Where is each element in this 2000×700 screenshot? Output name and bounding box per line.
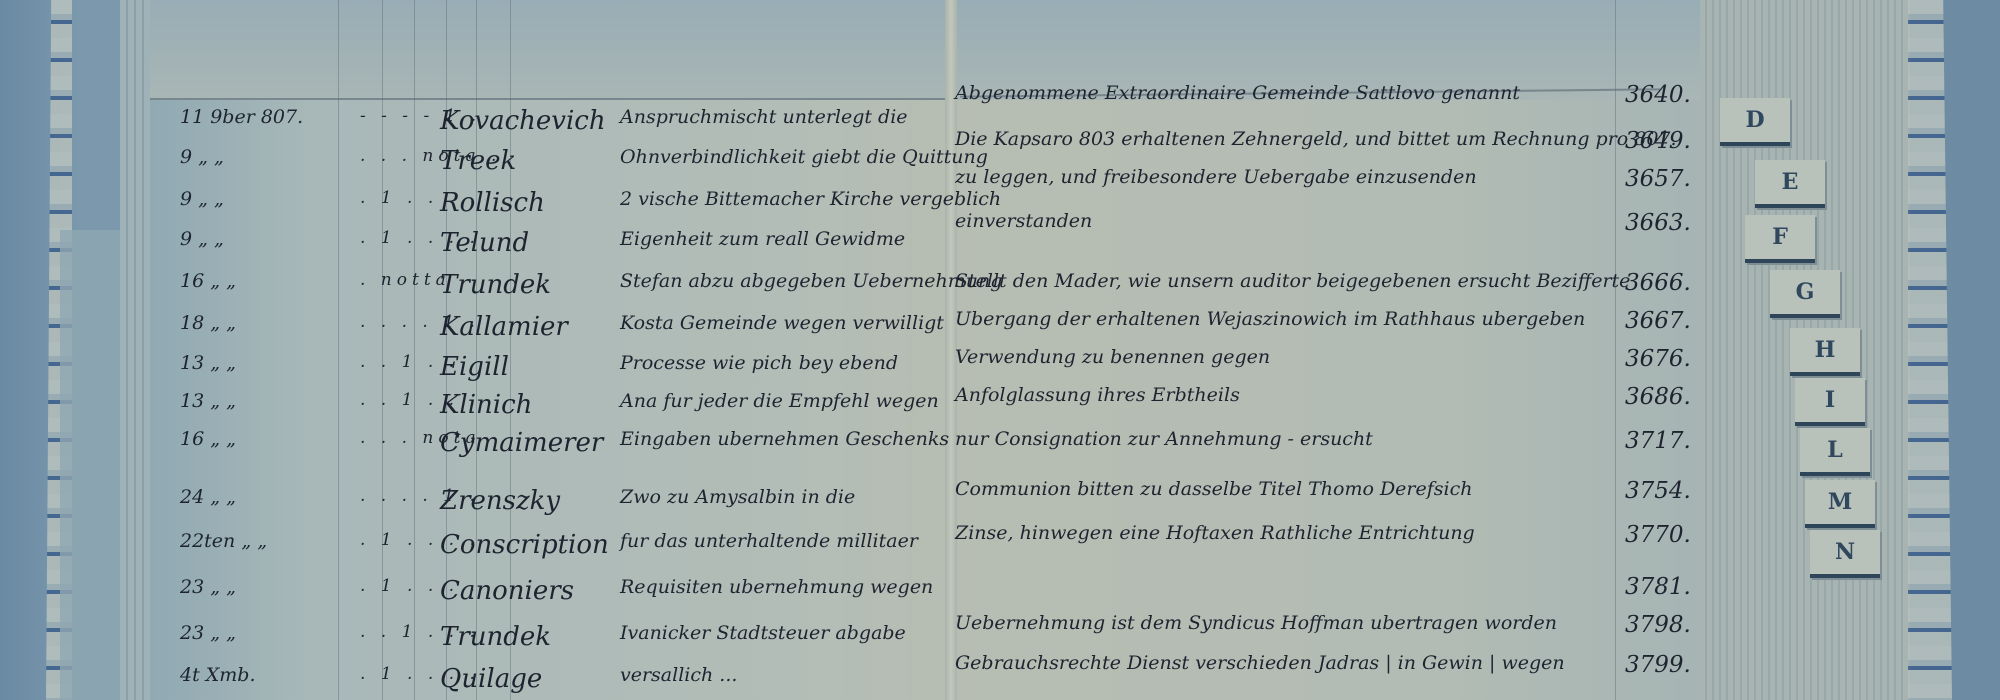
entry-number: 3798. xyxy=(1625,612,1691,638)
entry-date: 9 „ „ xyxy=(180,228,224,250)
index-tab-f[interactable]: F xyxy=(1745,215,1815,263)
entry-name: Trundek xyxy=(440,622,551,652)
entry-number: 3640. xyxy=(1625,82,1691,108)
entry-text: Gebrauchsrechte Dienst verschieden Jadra… xyxy=(955,652,1565,674)
entry-name: Cymaimerer xyxy=(440,428,603,458)
entry-date: 11 9ber 807. xyxy=(180,106,303,128)
entry-date: 9 „ „ xyxy=(180,188,224,210)
entry-description: Eingaben ubernehmen Geschenks xyxy=(620,428,949,450)
index-tab-h[interactable]: H xyxy=(1790,328,1860,376)
entry-description: Kosta Gemeinde wegen verwilligt xyxy=(620,312,944,334)
entry-date: 18 „ „ xyxy=(180,312,236,334)
entry-name: Klinich xyxy=(440,390,532,420)
entry-date: 24 „ „ xyxy=(180,486,236,508)
entry-date: 9 „ „ xyxy=(180,146,224,168)
entry-number: 3799. xyxy=(1625,652,1691,678)
entry-description: Requisiten ubernehmung wegen xyxy=(620,576,933,598)
entry-text: Abgenommene Extraordinaire Gemeinde Satt… xyxy=(955,82,1520,104)
entry-date: 23 „ „ xyxy=(180,576,236,598)
entry-number: 3657. xyxy=(1625,166,1691,192)
entry-name: Quilage xyxy=(440,664,542,694)
entry-name: Zrenszky xyxy=(440,486,560,516)
entry-text: Die Kapsaro 803 erhaltenen Zehnergeld, u… xyxy=(955,128,1677,150)
entry-name: Rollisch xyxy=(440,188,545,218)
entry-name: Kallamier xyxy=(440,312,568,342)
entry-marks: . notta xyxy=(360,270,451,290)
entry-description: fur das unterhaltende millitaer xyxy=(620,530,918,552)
entry-description: Stefan abzu abgegeben Uebernehmung xyxy=(620,270,1002,292)
entry-description: Zwo zu Amysalbin in die xyxy=(620,486,855,508)
entry-description: 2 vische Bittemacher Kirche vergeblich xyxy=(620,188,1001,210)
entry-text: Stellt den Mader, wie unsern auditor bei… xyxy=(955,270,1630,292)
column-rule xyxy=(338,0,339,700)
entry-description: versallich ... xyxy=(620,664,737,686)
entry-text: Uebernehmung ist dem Syndicus Hoffman ub… xyxy=(955,612,1557,634)
entry-text: Verwendung zu benennen gegen xyxy=(955,346,1270,368)
entry-date: 13 „ „ xyxy=(180,352,236,374)
entry-date: 4t Xmb. xyxy=(180,664,256,686)
entry-description: Ana fur jeder die Empfehl wegen xyxy=(620,390,939,412)
index-tab-g[interactable]: G xyxy=(1770,270,1840,318)
index-tab-l[interactable]: L xyxy=(1800,428,1870,476)
entry-date: 16 „ „ xyxy=(180,428,236,450)
entry-number: 3770. xyxy=(1625,522,1691,548)
entry-number: 3754. xyxy=(1625,478,1691,504)
entry-text: Zinse, hinwegen eine Hoftaxen Rathliche … xyxy=(955,522,1475,544)
index-tab-d[interactable]: D xyxy=(1720,98,1790,146)
entry-date: 16 „ „ xyxy=(180,270,236,292)
number-column-rule xyxy=(1615,0,1616,700)
entry-number: 3663. xyxy=(1625,210,1691,236)
entry-name: Treek xyxy=(440,146,516,176)
entry-name: Telund xyxy=(440,228,529,258)
entry-text: zu leggen, und freibesondere Uebergabe e… xyxy=(955,166,1477,188)
entry-date: 23 „ „ xyxy=(180,622,236,644)
entry-text: Communion bitten zu dasselbe Titel Thomo… xyxy=(955,478,1472,500)
entry-number: 3717. xyxy=(1625,428,1691,454)
entry-date: 22ten „ „ xyxy=(180,530,267,552)
entry-name: Conscription xyxy=(440,530,609,560)
entry-number: 3667. xyxy=(1625,308,1691,334)
entry-date: 13 „ „ xyxy=(180,390,236,412)
entry-text: einverstanden xyxy=(955,210,1092,232)
entry-text: Ubergang der erhaltenen Wejaszinowich im… xyxy=(955,308,1585,330)
entry-number: 3781. xyxy=(1625,574,1691,600)
index-tab-m[interactable]: M xyxy=(1805,480,1875,528)
entry-name: Kovachevich xyxy=(440,106,606,136)
entry-description: Ivanicker Stadtsteuer abgabe xyxy=(620,622,906,644)
entry-description: Anspruchmischt unterlegt die xyxy=(620,106,908,128)
entry-description: Ohnverbindlichkeit giebt die Quittung xyxy=(620,146,988,168)
entry-text: Anfolglassung ihres Erbtheils xyxy=(955,384,1240,406)
entry-number: 3686. xyxy=(1625,384,1691,410)
index-tab-n[interactable]: N xyxy=(1810,530,1880,578)
entry-text: nur Consignation zur Annehmung - ersucht xyxy=(955,428,1373,450)
index-tab-i[interactable]: I xyxy=(1795,378,1865,426)
entry-description: Processe wie pich bey ebend xyxy=(620,352,898,374)
index-tab-e[interactable]: E xyxy=(1755,160,1825,208)
header-rule-left xyxy=(150,98,945,100)
entry-name: Canoniers xyxy=(440,576,574,606)
entry-name: Trundek xyxy=(440,270,551,300)
entry-number: 3666. xyxy=(1625,270,1691,296)
index-tab-stack: D E F G H I L M N xyxy=(1700,0,1910,700)
entry-number: 3676. xyxy=(1625,346,1691,372)
entry-description: Eigenheit zum reall Gewidme xyxy=(620,228,905,250)
entry-number: 3649. xyxy=(1625,128,1691,154)
entry-name: Eigill xyxy=(440,352,509,382)
